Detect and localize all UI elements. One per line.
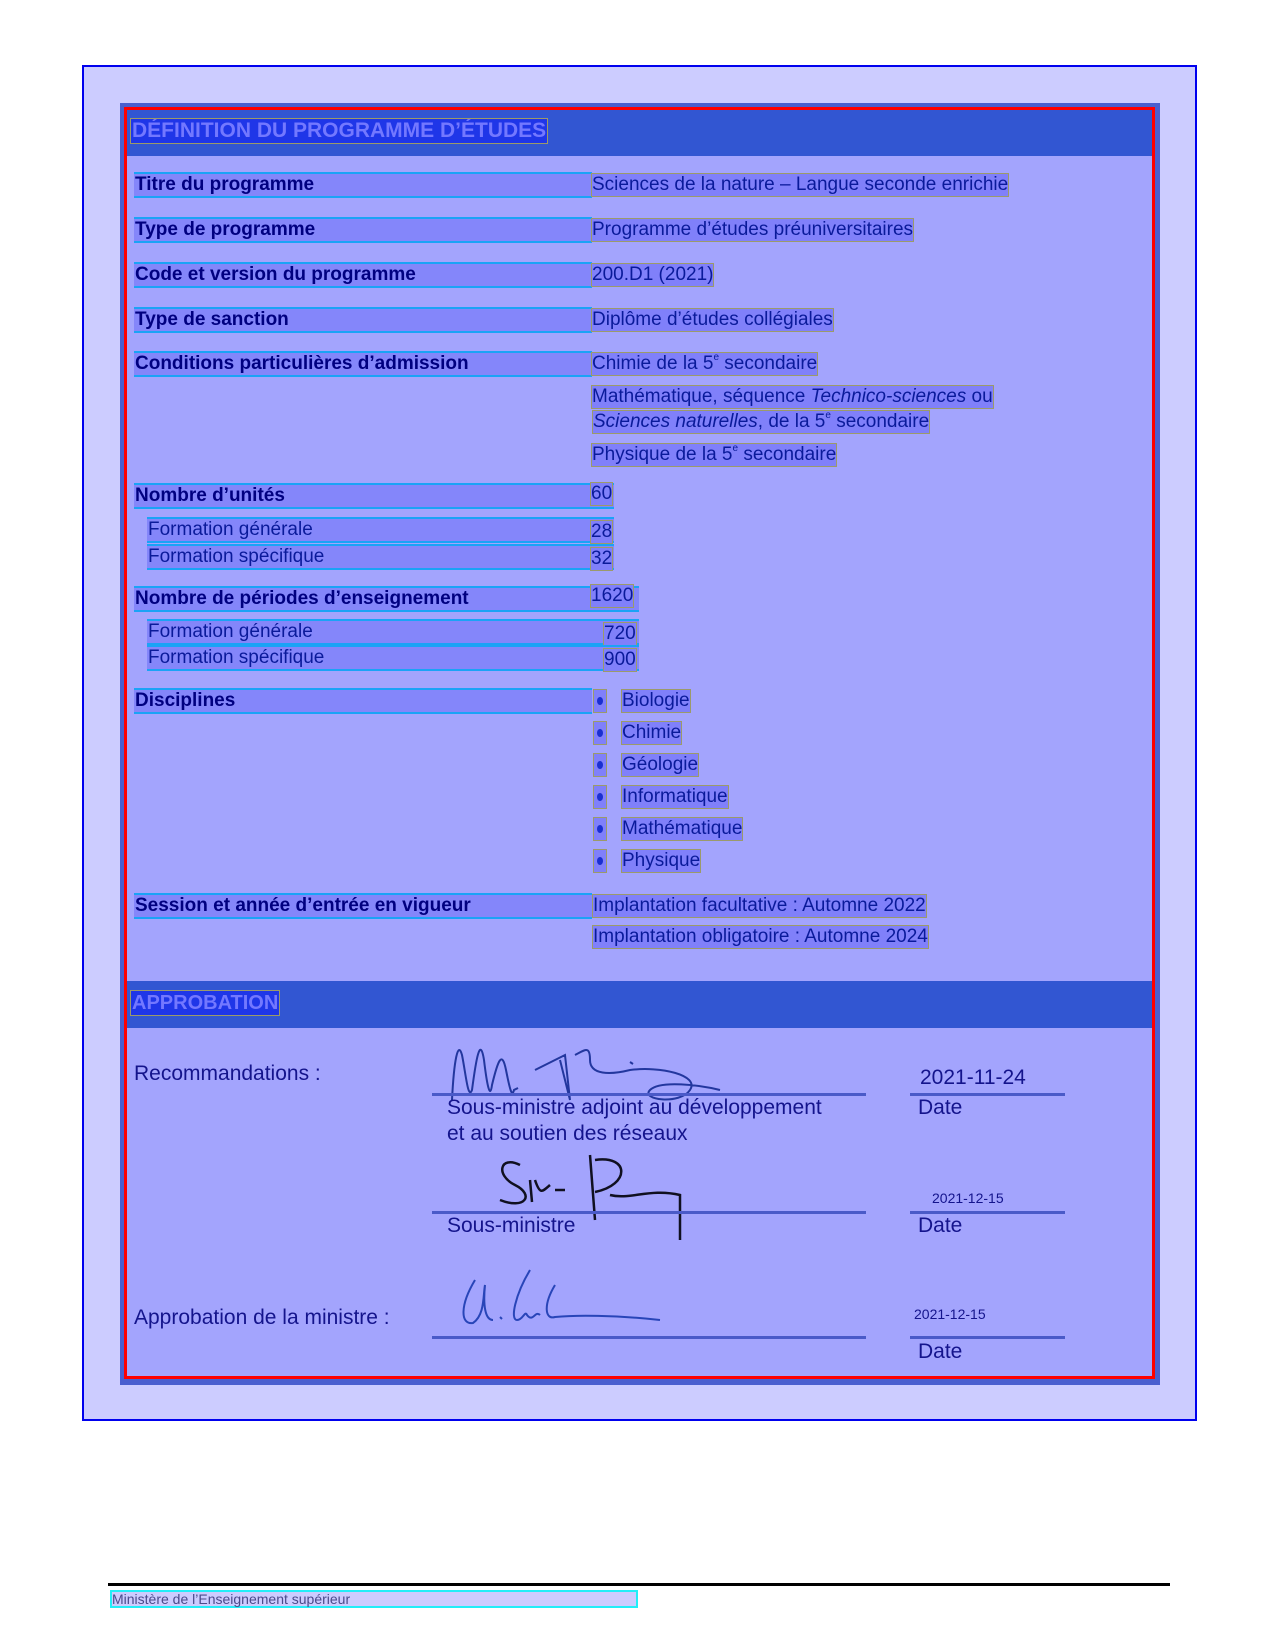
units-general-value: 28 [591,521,612,543]
approval-header-band [127,981,1152,1028]
periods-specific-value: 900 [604,649,636,671]
bullet-icon [594,850,606,872]
date-label-3: Date [918,1340,962,1364]
bullet-icon [594,754,606,776]
admission-math-line1: Mathématique, séquence Technico-sciences… [592,386,993,408]
units-specific-value: 32 [591,548,612,570]
bullet-dot-icon [597,857,603,865]
discipline-item: Géologie [622,754,698,776]
bullet-dot-icon [597,761,603,769]
bullet-icon [594,786,606,808]
signer2-date: 2021-12-15 [932,1190,1004,1206]
periods-general-label: Formation générale [148,621,313,643]
sanction-type-label: Type de sanction [135,309,289,331]
discipline-item: Informatique [622,786,728,808]
periods-value: 1620 [591,585,633,607]
recommendations-label: Recommandations : [134,1062,321,1086]
program-title-label: Titre du programme [135,174,314,196]
units-general-label: Formation générale [148,519,313,541]
signer2-title: Sous-ministre [447,1214,575,1238]
approval-section-title: APPROBATION [131,991,279,1015]
definition-section-title: DÉFINITION DU PROGRAMME D’ÉTUDES [131,119,547,143]
units-label: Nombre d’unités [135,485,285,507]
signer1-date: 2021-11-24 [920,1066,1026,1090]
signature-line-minister [432,1336,866,1339]
program-code-value: 200.D1 (2021) [592,264,713,286]
periods-general-value: 720 [604,623,636,645]
minister-approval-label: Approbation de la ministre : [134,1306,390,1330]
signature-minister [455,1265,675,1335]
bullet-icon [594,722,606,744]
bullet-dot-icon [597,793,603,801]
admission-math-line2: Sciences naturelles, de la 5e secondaire [593,411,929,433]
admission-conditions-label: Conditions particulières d’admission [135,353,469,375]
discipline-item: Biologie [622,690,690,712]
bullet-icon [594,690,606,712]
program-code-label: Code et version du programme [135,264,416,286]
session-mandatory: Implantation obligatoire : Automne 2024 [593,926,928,948]
program-type-label: Type de programme [135,219,315,241]
sanction-type-value: Diplôme d’études collégiales [592,309,833,331]
date-label-1: Date [918,1096,962,1120]
program-title-value: Sciences de la nature – Langue seconde e… [592,174,1008,196]
admission-physics: Physique de la 5e secondaire [592,444,836,466]
footer-rule [108,1583,1170,1586]
periods-specific-label: Formation spécifique [148,647,324,669]
discipline-item: Chimie [622,722,681,744]
bullet-icon [594,818,606,840]
bullet-dot-icon [597,697,603,705]
admission-chemistry: Chimie de la 5e secondaire [592,353,817,375]
bullet-dot-icon [597,825,603,833]
session-optional: Implantation facultative : Automne 2022 [593,895,926,917]
footer-ministry: Ministère de l’Enseignement supérieur [110,1590,638,1608]
periods-label: Nombre de périodes d’enseignement [135,588,469,610]
date-line-3 [910,1336,1065,1339]
units-value: 60 [591,483,612,505]
program-type-value: Programme d’études préuniversitaires [592,219,913,241]
signer1-title-line1: Sous-ministre adjoint au développement [447,1096,822,1120]
bullet-dot-icon [597,729,603,737]
units-specific-label: Formation spécifique [148,546,324,568]
date-label-2: Date [918,1214,962,1238]
session-label: Session et année d’entrée en vigueur [135,895,471,917]
disciplines-label: Disciplines [135,690,235,712]
minister-date: 2021-12-15 [914,1306,986,1322]
discipline-item: Mathématique [622,818,742,840]
discipline-item: Physique [622,850,700,872]
